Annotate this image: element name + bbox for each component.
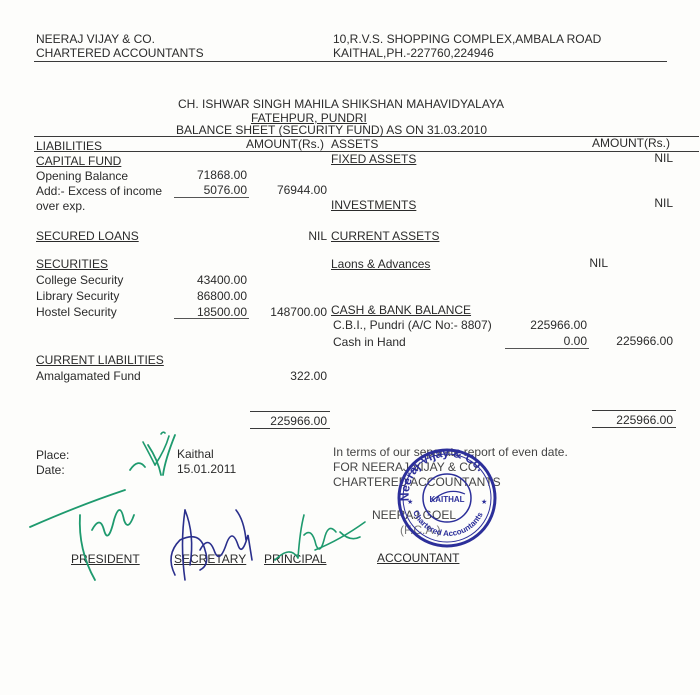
signatory-accountant: ACCOUNTANT: [377, 551, 459, 565]
excess-income-value: 5076.00: [170, 183, 247, 197]
firm-address-line1: 10,R.V.S. SHOPPING COMPLEX,AMBALA ROAD: [333, 32, 601, 46]
cash-bank-item-label: Cash in Hand: [333, 335, 406, 349]
amalgamated-fund-value: 322.00: [250, 369, 327, 383]
securities-item-label: Hostel Security: [36, 305, 117, 319]
capital-fund-heading: CAPITAL FUND: [36, 154, 121, 168]
principal-signature: [270, 510, 370, 570]
institution-name: CH. ISHWAR SINGH MAHILA SHIKSHAN MAHAVID…: [178, 97, 504, 111]
liabilities-total-line-bottom: [250, 428, 330, 429]
firm-stamp: Neeraj Vijay & Co. Chartered Accountants…: [395, 446, 500, 551]
secured-loans-heading: SECURED LOANS: [36, 229, 139, 243]
secured-loans-value: NIL: [290, 229, 327, 243]
firm-name: NEERAJ VIJAY & CO.: [36, 32, 155, 46]
securities-heading: SECURITIES: [36, 257, 108, 271]
assets-grand-total: 225966.00: [596, 413, 673, 427]
assets-total-line-bottom: [592, 427, 676, 428]
securities-item-value: 86800.00: [170, 289, 247, 303]
stamp-star-icon: ★: [481, 498, 487, 506]
header-amount-left: AMOUNT(Rs.): [246, 137, 324, 151]
capital-fund-total: 76944.00: [250, 183, 327, 197]
stamp-star-icon: ★: [407, 498, 413, 506]
securities-item-value: 43400.00: [170, 273, 247, 287]
amalgamated-fund-label: Amalgamated Fund: [36, 369, 141, 383]
fixed-assets-heading: FIXED ASSETS: [331, 152, 416, 166]
fixed-assets-value: NIL: [630, 151, 673, 165]
opening-balance-label: Opening Balance: [36, 169, 128, 183]
cash-bank-item-label: C.B.I., Pundri (A/C No:- 8807): [333, 318, 492, 332]
secretary-signature: [160, 505, 270, 585]
initial-signature: [135, 430, 195, 470]
loans-advances-value: NIL: [570, 256, 608, 270]
excess-income-label-cont: over exp.: [36, 199, 85, 213]
firm-subtitle: CHARTERED ACCOUNTANTS: [36, 46, 204, 60]
cash-bank-total: 225966.00: [598, 334, 673, 348]
investments-heading: INVESTMENTS: [331, 198, 416, 212]
loans-advances-label: Laons & Advances: [331, 257, 430, 271]
header-divider: [34, 61, 667, 62]
opening-balance-value: 71868.00: [170, 168, 247, 182]
current-liabilities-heading: CURRENT LIABILITIES: [36, 353, 164, 367]
securities-item-value: 18500.00: [170, 305, 247, 319]
assets-total-line-top: [592, 410, 676, 411]
securities-item-label: Library Security: [36, 289, 119, 303]
firm-address-line2: KAITHAL,PH.-227760,224946: [333, 46, 494, 60]
securities-item-label: College Security: [36, 273, 123, 287]
cash-bank-item-value: 0.00: [507, 334, 587, 348]
excess-income-label: Add:- Excess of income: [36, 184, 162, 198]
capital-fund-subtotal-line: [174, 197, 249, 198]
liabilities-total-line-top: [250, 411, 330, 412]
header-assets: ASSETS: [331, 137, 378, 151]
svg-text:Neeraj Vijay & Co.: Neeraj Vijay & Co.: [398, 446, 488, 501]
liabilities-grand-total: 225966.00: [250, 414, 327, 428]
stamp-center-text: KAITHAL: [429, 495, 464, 504]
stamp-top-text: Neeraj Vijay & Co.: [398, 446, 488, 501]
cash-bank-heading: CASH & BANK BALANCE: [331, 303, 471, 317]
securities-subtotal-line: [174, 318, 249, 319]
current-assets-heading: CURRENT ASSETS: [331, 229, 439, 243]
securities-total: 148700.00: [250, 305, 327, 319]
investments-value: NIL: [630, 196, 673, 210]
cash-bank-item-value: 225966.00: [507, 318, 587, 332]
cash-bank-subtotal-line: [505, 348, 589, 349]
header-amount-right: AMOUNT(Rs.): [592, 136, 670, 150]
sheet-title: BALANCE SHEET (SECURITY FUND) AS ON 31.0…: [176, 123, 487, 137]
